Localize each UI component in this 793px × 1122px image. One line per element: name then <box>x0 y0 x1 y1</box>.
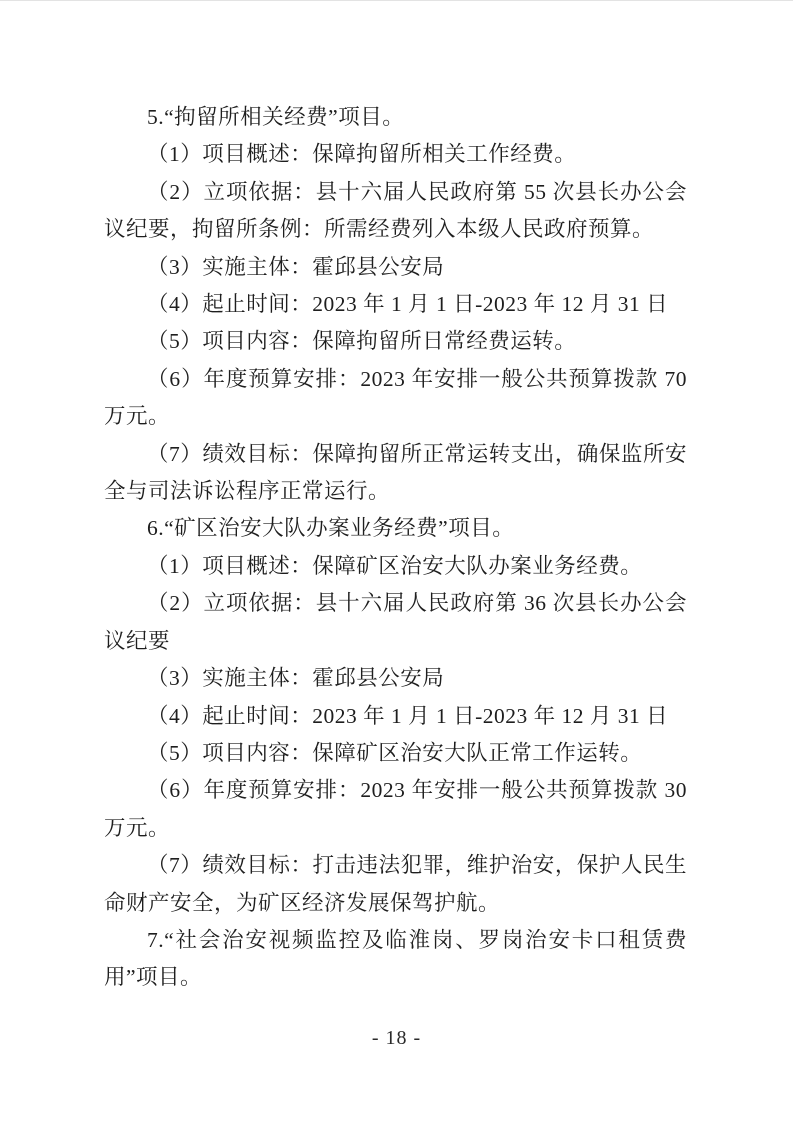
paragraph-item6-basis: （2）立项依据：县十六届人民政府第 36 次县长办公会议纪要 <box>104 585 687 660</box>
paragraph-item5-budget: （6）年度预算安排：2023 年安排一般公共预算拨款 70 万元。 <box>104 361 687 436</box>
paragraph-item5-overview: （1）项目概述：保障拘留所相关工作经费。 <box>104 136 687 173</box>
paragraph-item6-performance-goal: （7）绩效目标：打击违法犯罪，维护治安，保护人民生命财产安全，为矿区经济发展保驾… <box>104 847 687 922</box>
paragraph-item5-duration: （4）起止时间：2023 年 1 月 1 日-2023 年 12 月 31 日 <box>104 286 687 323</box>
paragraph-item5-basis: （2）立项依据：县十六届人民政府第 55 次县长办公会议纪要，拘留所条例：所需经… <box>104 174 687 249</box>
document-page: 5.“拘留所相关经费”项目。 （1）项目概述：保障拘留所相关工作经费。 （2）立… <box>0 0 793 1122</box>
paragraph-item6-budget: （6）年度预算安排：2023 年安排一般公共预算拨款 30 万元。 <box>104 772 687 847</box>
paragraph-item6-content: （5）项目内容：保障矿区治安大队正常工作运转。 <box>104 735 687 772</box>
document-body: 5.“拘留所相关经费”项目。 （1）项目概述：保障拘留所相关工作经费。 （2）立… <box>104 99 687 997</box>
paragraph-item5-title: 5.“拘留所相关经费”项目。 <box>104 99 687 136</box>
paragraph-item5-implementer: （3）实施主体：霍邱县公安局 <box>104 249 687 286</box>
paragraph-item6-duration: （4）起止时间：2023 年 1 月 1 日-2023 年 12 月 31 日 <box>104 698 687 735</box>
paragraph-item7-title: 7.“社会治安视频监控及临淮岗、罗岗治安卡口租赁费用”项目。 <box>104 922 687 997</box>
paragraph-item6-implementer: （3）实施主体：霍邱县公安局 <box>104 660 687 697</box>
paragraph-item5-content: （5）项目内容：保障拘留所日常经费运转。 <box>104 323 687 360</box>
paragraph-item6-title: 6.“矿区治安大队办案业务经费”项目。 <box>104 510 687 547</box>
paragraph-item5-performance-goal: （7）绩效目标：保障拘留所正常运转支出，确保监所安全与司法诉讼程序正常运行。 <box>104 436 687 511</box>
scan-edge-artifact <box>0 0 793 1</box>
page-number: - 18 - <box>0 1024 793 1052</box>
paragraph-item6-overview: （1）项目概述：保障矿区治安大队办案业务经费。 <box>104 548 687 585</box>
